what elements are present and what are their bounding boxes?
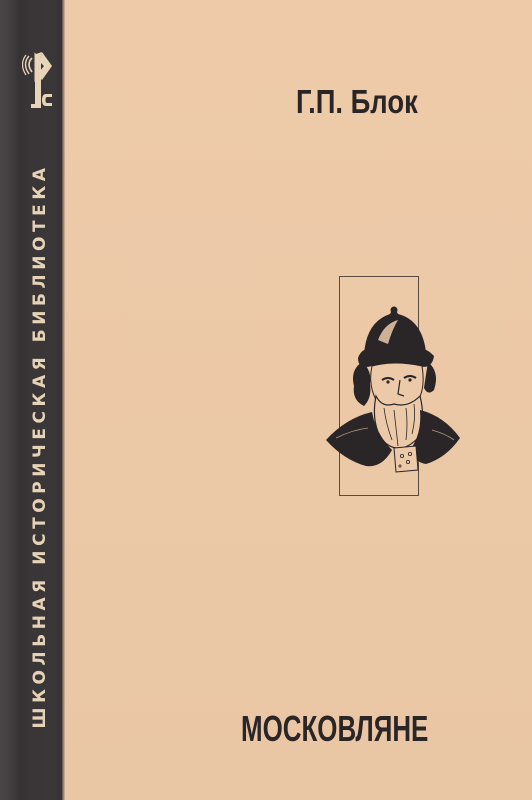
portrait-illustration-icon (322, 300, 462, 475)
book-title: МОСКОВЛЯНЕ (241, 708, 428, 750)
publisher-logo-icon (22, 50, 54, 114)
series-title: ШКОЛЬНАЯ ИСТОРИЧЕСКАЯ БИБЛИОТЕКА (30, 164, 50, 729)
author-name: Г.П. Блок (296, 83, 418, 121)
book-cover: ШКОЛЬНАЯ ИСТОРИЧЕСКАЯ БИБЛИОТЕКА Г.П. Бл… (0, 0, 532, 800)
spine-edge (62, 0, 65, 800)
book-spine: ШКОЛЬНАЯ ИСТОРИЧЕСКАЯ БИБЛИОТЕКА (0, 0, 63, 800)
